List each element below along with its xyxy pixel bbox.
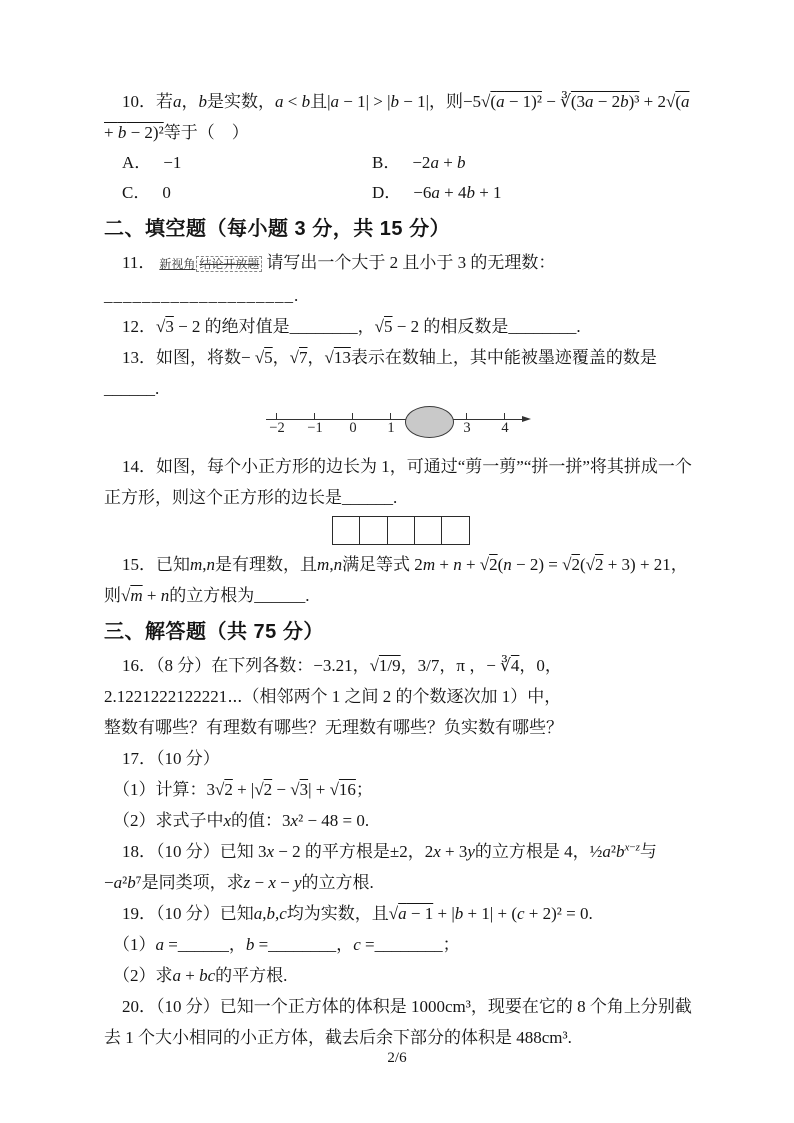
tick-mark	[466, 413, 467, 420]
question-11-badge-type: 结论开放题	[196, 256, 262, 272]
option-b: B．−2a + b	[372, 148, 698, 178]
tick-label: 0	[349, 420, 356, 437]
unit-square	[359, 516, 388, 545]
question-11-text: 11．新视角结论开放题请写出一个大于 2 且小于 3 的无理数：	[104, 247, 698, 280]
question-10-options: A．−1 B．−2a + b C．0 D．−6a + 4b + 1	[104, 148, 698, 208]
unit-square	[387, 516, 416, 545]
question-14-squares-figure	[332, 516, 471, 545]
question-19-part-1: （1）a =______，b =________，c =________；	[104, 929, 698, 960]
option-a-label: A．	[122, 153, 151, 172]
question-17-part-1: （1）计算：3√2 + |√2 − √3| + √16；	[104, 774, 698, 805]
tick-label: 4	[501, 420, 508, 437]
question-17-part-2: （2）求式子中x的值：3x² − 48 = 0.	[104, 805, 698, 836]
question-19-text: 19．（10 分）已知a,b,c均为实数，且√a − 1 + |b + 1| +…	[104, 898, 698, 929]
tick-mark	[276, 413, 277, 420]
unit-square	[441, 516, 470, 545]
unit-square	[414, 516, 443, 545]
question-10-text: 10．若a，b是实数，a < b且|a − 1| > |b − 1|，则−5√(…	[104, 86, 698, 148]
question-15-text: 15．已知m,n是有理数，且m,n满足等式 2m + n + √2(n − 2)…	[104, 549, 698, 611]
option-b-label: B．	[372, 153, 400, 172]
question-16-subquestions: 整数有哪些？有理数有哪些？无理数有哪些？负实数有哪些？	[104, 712, 698, 743]
tick-mark	[504, 413, 505, 420]
option-a: A．−1	[122, 148, 372, 178]
question-11-answer-blank: ____________________.	[104, 280, 698, 311]
question-19-part-2: （2）求a + bc的平方根.	[104, 960, 698, 991]
option-d: D．−6a + 4b + 1	[372, 178, 698, 208]
option-d-label: D．	[372, 183, 401, 202]
question-12-text: 12．√3 − 2 的绝对值是________，√5 − 2 的相反数是____…	[104, 311, 698, 342]
tick-label: −1	[307, 420, 322, 437]
section-2-heading: 二、填空题（每小题 3 分，共 15 分）	[104, 213, 698, 245]
number-line-axis	[266, 419, 524, 420]
question-16-text: 16．（8 分）在下列各数：−3.21，√1/9，3/7，π ，− ∛4，0，2…	[104, 650, 698, 712]
ink-blob	[405, 406, 454, 438]
tick-mark	[314, 413, 315, 420]
unit-square	[332, 516, 361, 545]
section-3-heading: 三、解答题（共 75 分）	[104, 616, 698, 648]
option-a-text: −1	[163, 153, 181, 172]
tick-label: −2	[269, 420, 284, 437]
question-11-badge-tag: 新视角	[159, 257, 195, 271]
tick-mark	[352, 413, 353, 420]
question-18-text: 18．（10 分）已知 3x − 2 的平方根是±2，2x + 3y的立方根是 …	[104, 836, 698, 898]
option-b-text: −2a + b	[412, 153, 465, 172]
question-11-number: 11．	[122, 253, 155, 272]
tick-label: 1	[387, 420, 394, 437]
question-17-text: 17．（10 分）	[104, 743, 698, 774]
option-c-label: C．	[122, 183, 150, 202]
tick-mark	[390, 413, 391, 420]
question-13-number-line: −2 −1 0 1 3 4	[266, 407, 536, 449]
question-14-text: 14．如图，每个小正方形的边长为 1，可通过“剪一剪”“拼一拼”将其拼成一个正方…	[104, 451, 698, 513]
tick-label: 3	[463, 420, 470, 437]
option-c: C．0	[122, 178, 372, 208]
option-d-text: −6a + 4b + 1	[413, 183, 501, 202]
question-20-text: 20．（10 分）已知一个正方体的体积是 1000cm³，现要在它的 8 个角上…	[104, 991, 698, 1053]
question-11-stem: 请写出一个大于 2 且小于 3 的无理数：	[266, 253, 555, 272]
number-line-arrow-icon	[522, 416, 531, 422]
option-c-text: 0	[162, 183, 171, 202]
exam-page: 10．若a，b是实数，a < b且|a − 1| > |b − 1|，则−5√(…	[0, 0, 794, 1123]
page-number: 2/6	[0, 1050, 794, 1067]
question-13-text: 13．如图，将数− √5，√7，√13表示在数轴上，其中能被墨迹覆盖的数是___…	[104, 342, 698, 404]
